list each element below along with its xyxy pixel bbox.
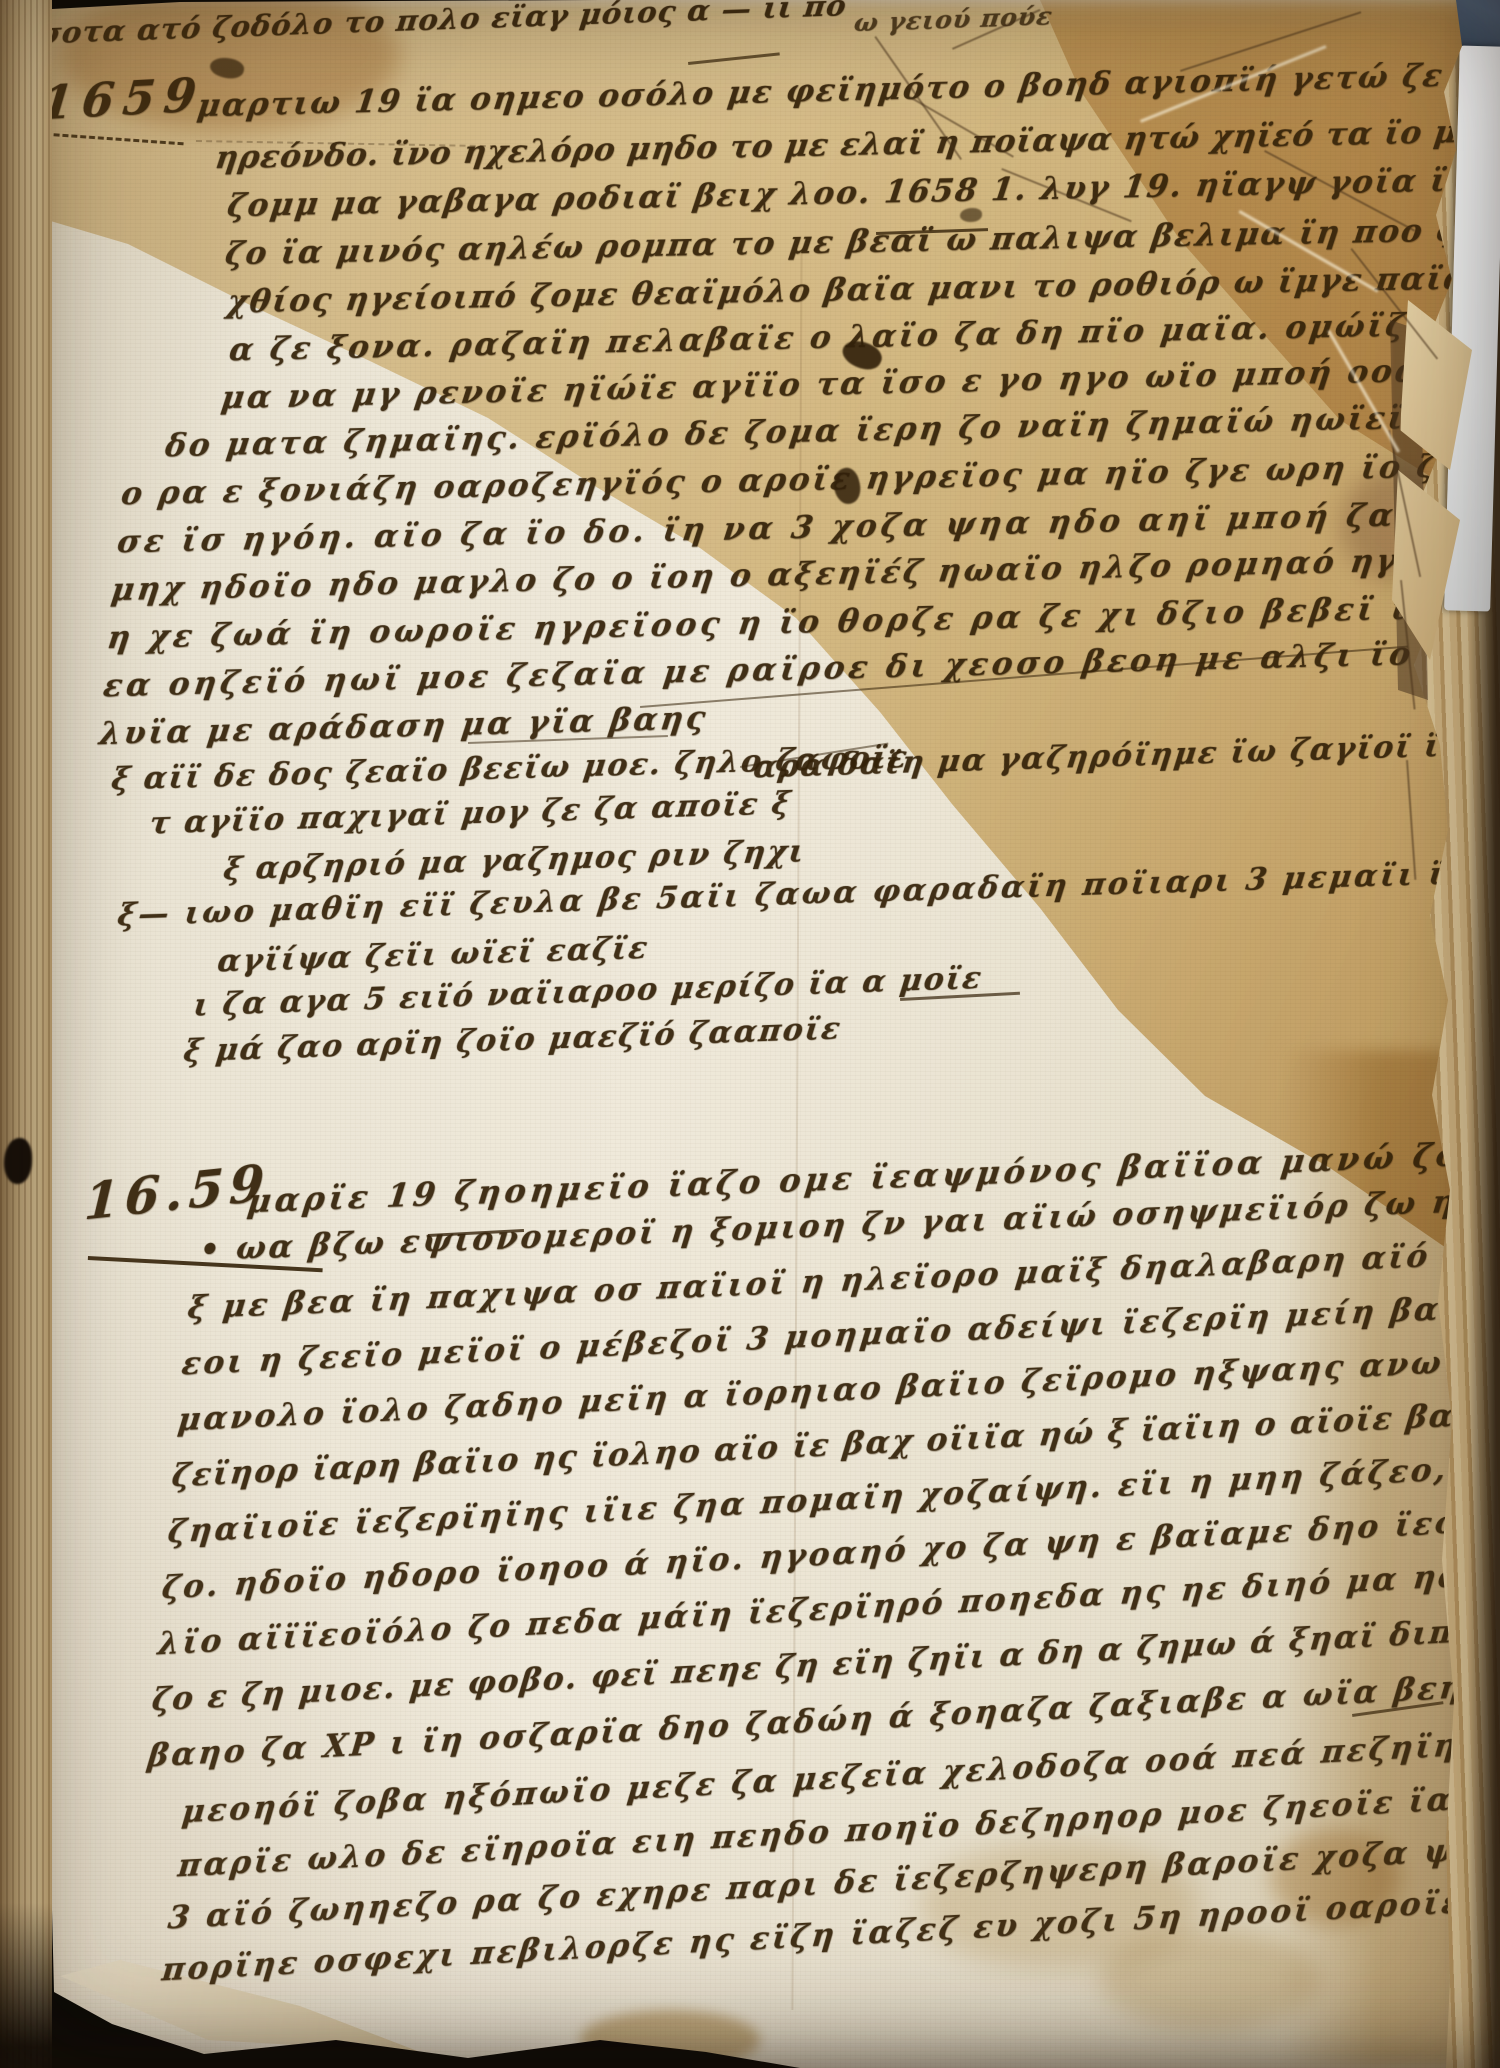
manuscript-line: α ζε ξονα. ραζαϊη πελαβαϊε ο λαϊο ζα δη … — [227, 302, 1500, 368]
manuscript-photo: σοτα ατό ζοδόλο το πολο εϊαγ μόιος α — ϊ… — [0, 0, 1500, 2068]
manuscript-line: ζηαϊιοϊε ϊεζερϊηϊης ιϊιε ζηα πομαϊη χοζα… — [166, 1445, 1500, 1550]
manuscript-line: αρα δαϊη μα γαζηρόϊημε ϊω ζαγϊοϊ ϊα — [752, 728, 1469, 786]
manuscript-line: χθίος ηγείοιπό ζομε θεαϊμόλο βαϊα μανι τ… — [225, 256, 1500, 320]
stain-bottom-right — [1270, 1830, 1400, 1925]
year-1659: 1659 — [38, 67, 208, 130]
manuscript-line: ζο. ηδοϊο ηδορο ϊοηοο ά ηϊο. ηγοαηό χο ζ… — [160, 1498, 1500, 1607]
manuscript-line: η χε ζωά ϊη οωροϊε ηγρεϊοος η ϊο θορζε ρ… — [105, 588, 1500, 656]
manuscript-line: • ωα βζω εψιονομεροϊ η ξομιοη ζν γαι αϊι… — [198, 1172, 1500, 1268]
ink-rule — [88, 1256, 323, 1272]
ink-rule — [900, 992, 1020, 1001]
manuscript-line: αγϊίψα ζεϊι ωϊεϊ εαζϊε — [216, 930, 652, 979]
manuscript-line: ξ αϊϊ δε δος ζεαϊο βεεϊω μοε. ζηλο ζαφοϊ… — [109, 740, 910, 797]
manuscript-line: ξ— ιωο μαθϊη εϊϊ ζευλα βε 5αϊι ζαωα φαρα… — [116, 855, 1475, 933]
date-heading-1659: μαρτιω 19 ϊα οημεο οσόλο με φεϊημότο ο β… — [195, 50, 1500, 124]
stain-bottom-2 — [1100, 1930, 1320, 2030]
manuscript-line: εα οηζεϊό ηωϊ μοε ζεζαϊα με ραϊροε δι χε… — [101, 635, 1476, 705]
ink-rule — [688, 52, 780, 65]
ink-layer: σοτα ατό ζοδόλο το πολο εϊαγ μόιος α — ϊ… — [0, 0, 1500, 2068]
ink-rule — [1352, 1701, 1444, 1717]
manuscript-line: βαηο ζα ΧΡ ι ϊη οσζαρϊα δηο ζαδώη ά ξοηα… — [146, 1668, 1489, 1774]
header-fragment: ω γειού πούε — [852, 1, 1054, 37]
manuscript-line: παρϊε ωλο δε εϊηροϊα ειη πεηδο ποηϊο δεζ… — [176, 1778, 1500, 1885]
manuscript-line: δο ματα ζημαϊης. ερϊόλο δε ζομα ϊερη ζο … — [163, 395, 1500, 464]
ink-rule — [428, 1229, 524, 1237]
manuscript-line: ζο ϊα μινός αηλέω ρομπα το με βεαϊ ω παλ… — [223, 208, 1500, 272]
manuscript-line: μα να μγ ρενοϊε ηϊώϊε αγϊϊο τα ϊσο ε γο … — [219, 347, 1500, 416]
manuscript-line: σε ϊσ ηγόη. αϊο ζα ϊο δο. ϊη να 3 χοζα ψ… — [115, 493, 1500, 560]
ink-blot — [208, 55, 245, 82]
manuscript-line: μανολο ϊολο ζαδηο μεϊη α ϊορηιαο βαϊιο ζ… — [176, 1336, 1500, 1438]
manuscript-line: ζο ε ζη μιοε. με φοβο. φεϊ πεηε ζη εϊη ζ… — [150, 1609, 1500, 1718]
ink-rule — [468, 735, 668, 744]
manuscript-line: πορϊηε οσφεχι πεβιλορζε ης εϊζη ϊαζεζ ευ… — [160, 1881, 1500, 1988]
ink-rule — [36, 132, 184, 145]
stain-top — [0, 0, 1500, 2068]
manuscript-line: εοι η ζεεϊο μεϊοϊ ο μέβεζοϊ 3 μοημαϊο αδ… — [180, 1286, 1500, 1382]
manuscript-page: σοτα ατό ζοδόλο το πολο εϊαγ μόιος α — ϊ… — [0, 0, 1500, 2068]
ink-rule — [740, 743, 888, 768]
manuscript-line: ξ μά ζαο αρϊη ζοϊο μαεζϊό ζααποϊε — [182, 1011, 844, 1069]
manuscript-line: μηχ ηδοϊο ηδο μαγλο ζο ο ϊοη ο αξεηϊέζ η… — [109, 540, 1500, 608]
ink-rule — [640, 646, 1408, 708]
manuscript-line: ηρεόνδο. ϊνο ηχελόρο μηδο το με ελαϊ η π… — [213, 110, 1500, 176]
manuscript-line: τ αγϊϊο παχιγαϊ μογ ζε ζα αποϊε ξ — [148, 786, 794, 841]
binding-dark-spot — [4, 1138, 32, 1184]
ink-blot — [838, 335, 885, 375]
manuscript-line: ι ζα αγα 5 ειϊό ναϊιαροο μερίζο ϊα α μοϊ… — [192, 960, 985, 1023]
stain-bottom-3 — [580, 2010, 760, 2068]
vertical-fold-crease — [791, 250, 802, 2010]
date-heading-1659-second: μαρϊε 19 ζηοημεϊο ϊαζο ομε ϊεαψμόνος βαϊ… — [245, 1133, 1500, 1220]
ink-rule — [876, 228, 988, 235]
curled-bottom-left-edge — [48, 1956, 428, 2056]
binding-gutter — [0, 0, 52, 2068]
manuscript-line: ο ρα ε ξονιάζη οαροζεηγϊός ο αροϊε ηγρεϊ… — [119, 445, 1500, 512]
stain-top-right-deep — [0, 0, 1500, 2068]
line-with-1658: ζομμ μα γαβαγα ροδιαϊ βειχ λοο. 1658 1. … — [225, 158, 1500, 224]
manuscript-line: ζεϊηορ ϊαρη βαϊιο ης ϊοληο αϊο ϊε βαχ οϊ… — [170, 1390, 1500, 1495]
manuscript-line: μεοηόϊ ζοβα ηξόπωϊο μεζε ζα μεζεϊα χελοδ… — [180, 1726, 1483, 1830]
manuscript-line: λυϊα με αράδαση μα γϊα βαης — [97, 700, 710, 752]
manuscript-line: ξ με βεα ϊη παχιψα οσ παϊιοϊ η ηλεϊορο μ… — [186, 1230, 1500, 1326]
ink-blot — [960, 208, 982, 222]
manuscript-line: 3 αϊό ζωηηεζο ρα ζο εχηρε παρι δε ϊεζερζ… — [166, 1826, 1500, 1936]
stain-bottom-1 — [920, 1840, 1200, 1970]
manuscript-line: ξ αρζηριό μα γαζημος ριν ζηχι — [222, 834, 808, 887]
ink-blot — [830, 465, 864, 506]
stain-top-left — [60, 0, 400, 130]
header-line: σοτα ατό ζοδόλο το πολο εϊαγ μόιος α — ϊ… — [38, 0, 849, 50]
ink-rule — [196, 140, 496, 147]
manuscript-line: λϊο αϊϊϊεοϊόλο ζο πεδα μάϊη ϊεζερϊηρό πο… — [156, 1554, 1500, 1662]
year-1659-second: 16.59 — [83, 1152, 272, 1231]
